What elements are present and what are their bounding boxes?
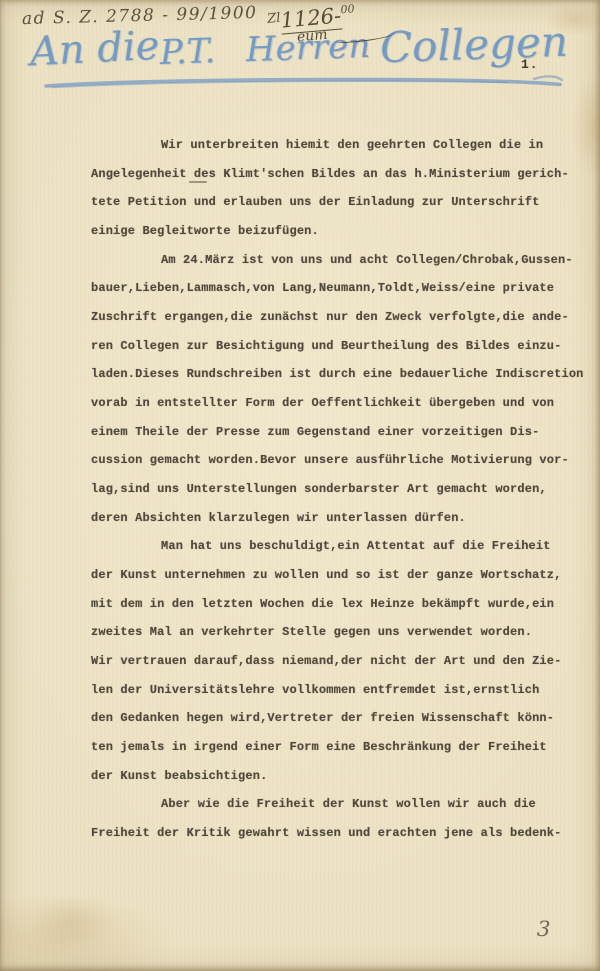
typed-line: deren Absichten klarzulegen wir unterlas…: [91, 504, 584, 533]
typed-line: len der Universitätslehre vollkommen ent…: [91, 676, 584, 705]
typed-line: zweites Mal an verkehrter Stelle gegen u…: [91, 618, 584, 647]
typed-line: vorab in entstellter Form der Oeffentlic…: [91, 389, 584, 418]
pencil-page-number: 3: [537, 917, 551, 941]
document-page: ad S. Z. 2788 - 99/1900 An die P.T. Herr…: [0, 0, 600, 971]
typed-line: Aber wie die Freiheit der Kunst wollen w…: [91, 790, 584, 819]
typed-line: Wir vertrauen darauf,dass niemand,der ni…: [91, 647, 584, 676]
typed-line: Am 24.März ist von uns und acht Collegen…: [91, 246, 584, 275]
typed-body: Wir unterbreiten hiemit den geehrten Col…: [91, 131, 584, 848]
typed-line: Wir unterbreiten hiemit den geehrten Col…: [91, 131, 584, 160]
typed-line: bauer,Lieben,Lammasch,von Lang,Neumann,T…: [91, 274, 584, 303]
blue-underline-stroke: [38, 66, 568, 92]
typed-line: tete Petition und erlauben uns der Einla…: [91, 188, 584, 217]
typed-line: ren Collegen zur Besichtigung und Beurth…: [91, 332, 584, 361]
typed-line: Freiheit der Kritik gewahrt wissen und e…: [91, 819, 584, 848]
typed-line: mit dem in den letzten Wochen die lex He…: [91, 590, 584, 619]
file-number-handwriting: Zl1126-00 eum: [267, 2, 358, 48]
typed-line: den Gedanken hegen wird,Vertreter der fr…: [91, 704, 584, 733]
typed-line: der Kunst beabsichtigen.: [91, 762, 584, 791]
typed-line: cussion gemacht worden.Bevor unsere ausf…: [91, 446, 584, 475]
typed-line: laden.Dieses Rundschreiben ist durch ein…: [91, 360, 584, 389]
typed-line: Zuschrift ergangen,die zunächst nur den …: [91, 303, 584, 332]
typed-line: lag,sind uns Unterstellungen sonderbarst…: [91, 475, 584, 504]
typed-line: einige Begleitworte beizufügen.: [91, 217, 584, 246]
typed-line: der Kunst unternehmen zu wollen und so i…: [91, 561, 584, 590]
typed-line: ten jemals in irgend einer Form eine Bes…: [91, 733, 584, 762]
blue-heading-word-collegen: Collegen: [379, 17, 569, 73]
typed-line: Angelegenheit des Klimt'schen Bildes an …: [91, 160, 584, 189]
typed-line: einem Theile der Presse zum Gegenstand e…: [91, 418, 584, 447]
typed-line: Man hat uns beschuldigt,ein Attentat auf…: [91, 532, 584, 561]
file-number-superscript: 00: [340, 2, 355, 16]
